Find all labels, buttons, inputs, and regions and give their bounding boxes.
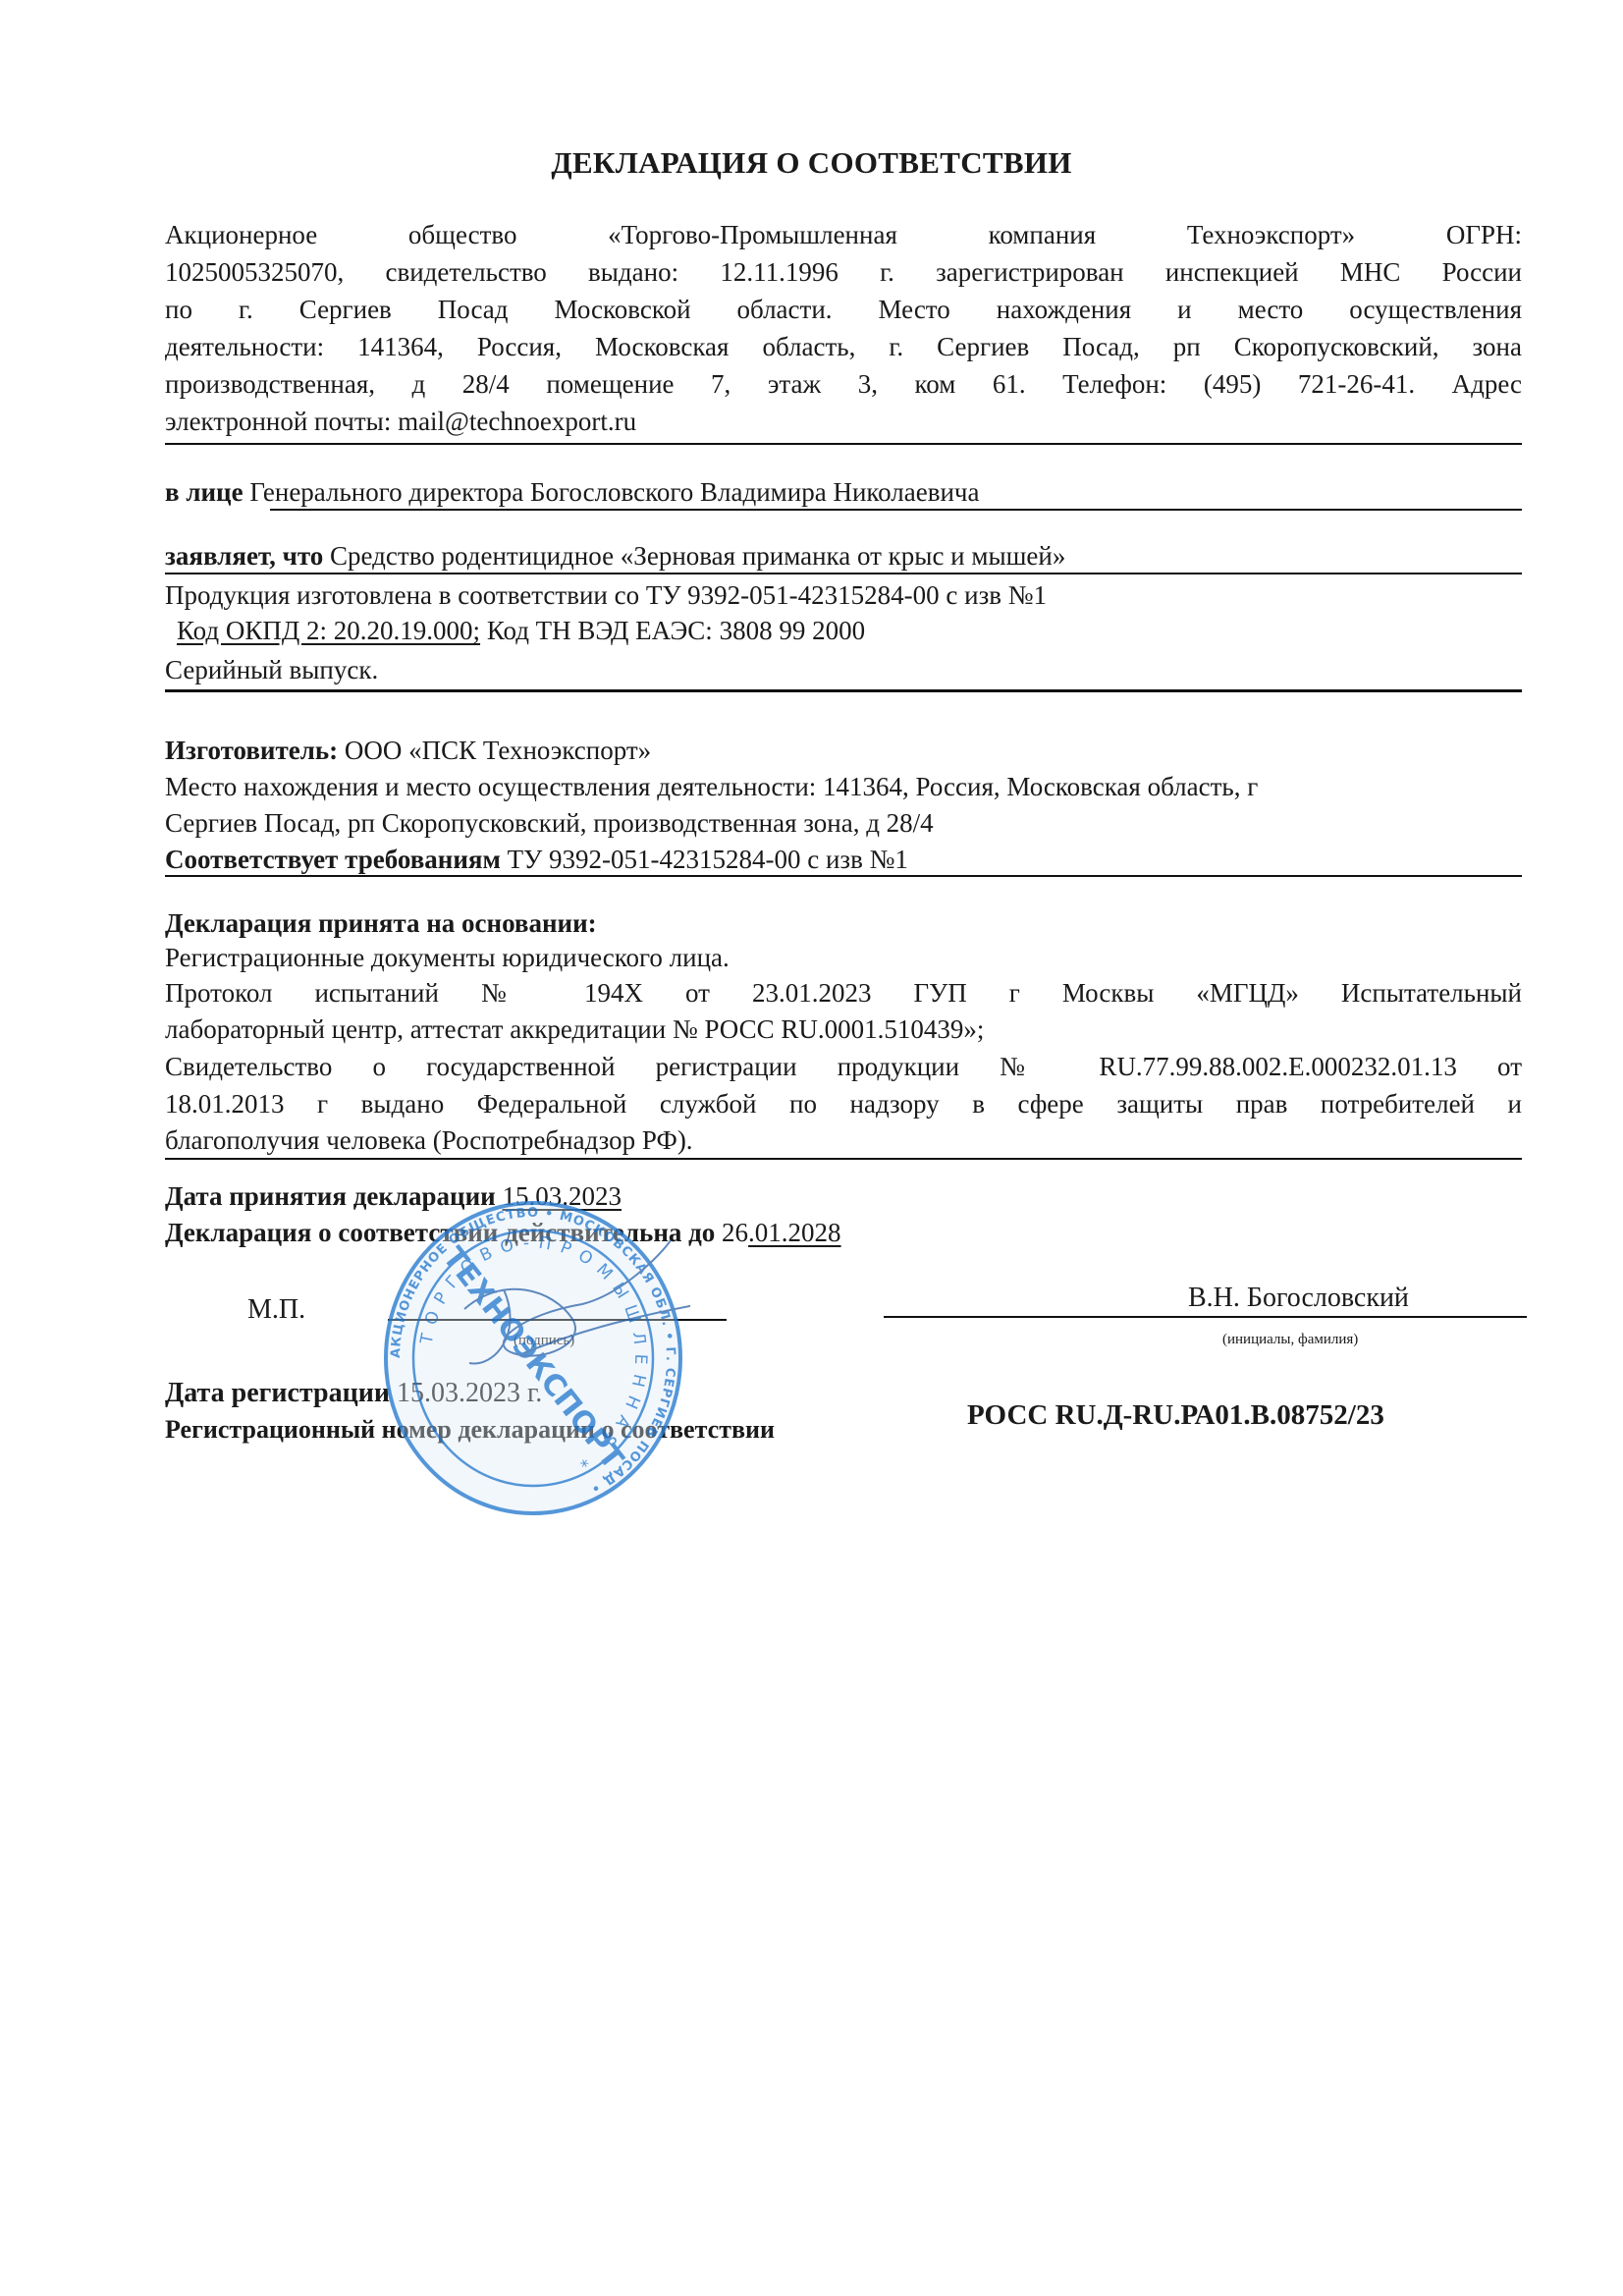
declaration-page: ДЕКЛАРАЦИЯ О СООТВЕТСТВИИ Акционерное об… <box>0 0 1623 2296</box>
valid-until: Декларация о соответствии действительна … <box>165 1215 1522 1252</box>
product-spec: Продукция изготовлена в соответствии со … <box>165 577 1522 615</box>
registration-date-label: Дата регистрации <box>165 1378 390 1408</box>
manufacturer-name: ООО «ПСК Техноэкспорт» <box>345 736 651 765</box>
divider <box>165 443 1522 445</box>
divider <box>165 573 1522 574</box>
represented-by: в лице Генерального директора Богословск… <box>165 474 1522 512</box>
applicant-line-2: 1025005325070, свидетельство выдано: 12.… <box>165 254 1522 292</box>
applicant-line-4: деятельности: 141364, Россия, Московская… <box>165 329 1522 366</box>
divider <box>165 1158 1522 1160</box>
declares-label: заявляет, что <box>165 541 323 571</box>
basis-line-3: лабораторный центр, аттестат аккредитаци… <box>165 1011 1522 1049</box>
registration-number-value: РОСС RU.Д-RU.РА01.В.08752/23 <box>967 1399 1384 1432</box>
applicant-line-1: Акционерное общество «Торгово-Промышленн… <box>165 217 1522 254</box>
company-stamp-icon: АКЦИОНЕРНОЕ ОБЩЕСТВО • МОСКОВСКАЯ ОБЛ. •… <box>376 1196 690 1520</box>
manufacturer: Изготовитель: ООО «ПСК Техноэкспорт» <box>165 733 1522 770</box>
signer-name: В.Н. Богословский <box>1188 1283 1409 1314</box>
valid-until-prefix: 26 <box>722 1218 748 1247</box>
basis-label: Декларация принята на основании: <box>165 905 1522 943</box>
manufacturer-address-2: Сергиев Посад, рп Скоропусковский, произ… <box>165 805 1522 843</box>
applicant-line-5: производственная, д 28/4 помещение 7, эт… <box>165 366 1522 404</box>
applicant-line-3: по г. Сергиев Посад Московской области. … <box>165 292 1522 329</box>
conformity-label: Соответствует требованиям <box>165 845 501 874</box>
basis-line-2: Протокол испытаний № 194Х от 23.01.2023 … <box>165 975 1522 1012</box>
conformity: Соответствует требованиям ТУ 9392-051-42… <box>165 842 1522 879</box>
basis-line-5: 18.01.2013 г выдано Федеральной службой … <box>165 1086 1522 1123</box>
declares: заявляет, что Средство родентицидное «Зе… <box>165 538 1522 575</box>
divider <box>270 509 1522 511</box>
manufacturer-label: Изготовитель: <box>165 736 338 765</box>
mp-label: М.П. <box>247 1294 305 1326</box>
accepted-date: Дата принятия декларации 15.03.2023 <box>165 1178 1522 1216</box>
applicant-line-6: электронной почты: mail@technoexport.ru <box>165 404 1522 441</box>
conformity-value: ТУ 9392-051-42315284-00 с изв №1 <box>508 845 908 874</box>
product-codes: Код ОКПД 2: 20.20.19.000; Код ТН ВЭД ЕАЭ… <box>165 613 1522 650</box>
name-caption: (инициалы, фамилия) <box>1222 1332 1358 1348</box>
okpd-code: Код ОКПД 2: 20.20.19.000; <box>177 616 480 645</box>
divider <box>165 875 1522 877</box>
basis-line-4: Свидетельство о государственной регистра… <box>165 1049 1522 1086</box>
represented-by-value: Генерального директора Богословского Вла… <box>249 477 979 507</box>
valid-until-value: .01.2028 <box>748 1218 841 1247</box>
basis-line-1: Регистрационные документы юридического л… <box>165 940 1522 977</box>
page-title: ДЕКЛАРАЦИЯ О СООТВЕТСТВИИ <box>0 145 1623 181</box>
serial-release: Серийный выпуск. <box>165 652 1522 689</box>
name-line <box>884 1316 1527 1318</box>
manufacturer-address-1: Место нахождения и место осуществления д… <box>165 769 1522 806</box>
tnved-code: Код ТН ВЭД ЕАЭС: 3808 99 2000 <box>487 616 865 645</box>
declares-value: Средство родентицидное «Зерновая приманк… <box>330 541 1065 571</box>
represented-by-label: в лице <box>165 477 243 507</box>
basis-line-6: благополучия человека (Роспотребнадзор Р… <box>165 1122 1522 1160</box>
divider <box>165 689 1522 692</box>
